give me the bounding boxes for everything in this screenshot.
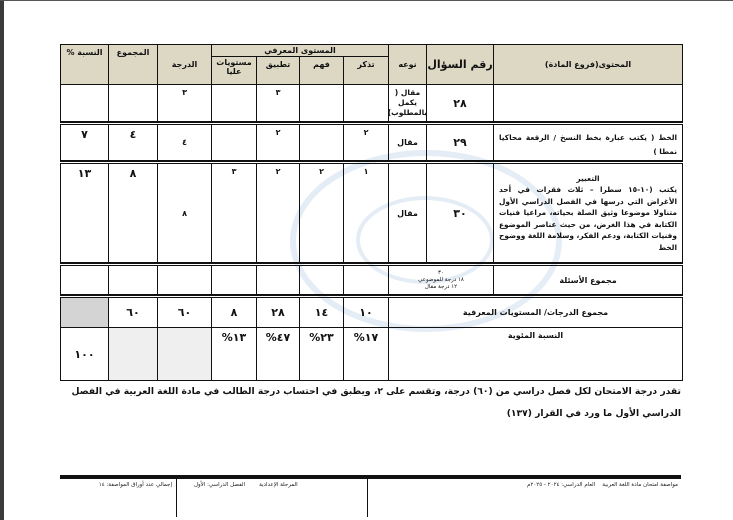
- totals-label: مجموع الدرجات/ المستويات المعرفية: [388, 297, 683, 328]
- qsum-value-total: ٣٠: [438, 270, 444, 277]
- qsum-higher-levels: [211, 265, 257, 295]
- row29-percent: ٧: [60, 124, 109, 161]
- qsum-understanding: [299, 265, 344, 295]
- footer-stage: المرحلة الإعدادية: [259, 482, 298, 488]
- row30-application: ٢: [256, 163, 300, 263]
- header-content: المحتوى(فروع المادة): [493, 44, 683, 85]
- row29-higher-levels: [211, 124, 257, 161]
- pct-grade: [157, 327, 212, 381]
- row30-content: التعبير يكتب (١٠-١٥ سطرا – ثلاث فقرات في…: [493, 163, 683, 263]
- totals-grade: ٦٠: [157, 297, 212, 328]
- row29-question-number: ٢٩: [426, 124, 494, 161]
- qsum-value-objective: ١٨ درجة للموضوعي: [418, 277, 464, 284]
- header-understanding: فهم: [299, 56, 344, 85]
- footer-academic-year: العام الدراسي: ٢٠٢٤ - ٢٠٢٥م: [527, 482, 595, 488]
- pct-percent: ١٠٠: [60, 327, 109, 381]
- totals-application: ٢٨: [256, 297, 300, 328]
- exam-grading-note: تقدر درجة الامتحان لكل فصل دراسي من (٦٠)…: [51, 381, 681, 425]
- pct-understanding: %٢٣: [299, 327, 344, 381]
- row30-understanding: ٢: [299, 163, 344, 263]
- row28-grade: ٣: [157, 84, 212, 122]
- qsum-remembering: [343, 265, 389, 295]
- header-type: نوعه: [388, 44, 427, 85]
- pct-total: [108, 327, 158, 381]
- header-question-number: رقم السؤال: [426, 44, 494, 85]
- footer-spec-title: مواصفة امتحان مادة اللغة العربية العام ا…: [527, 482, 678, 488]
- pct-higher-levels: %١٣: [211, 327, 257, 381]
- header-remembering: تذكر: [343, 56, 389, 85]
- qsum-grade: [157, 265, 212, 295]
- row30-grade: ٨: [157, 163, 212, 263]
- row30-percent: ١٣: [60, 163, 109, 263]
- row29-application: ٢: [256, 124, 300, 161]
- header-grade: الدرجة: [157, 44, 212, 85]
- qsum-value-essay: ١٢ درجة مقال: [425, 284, 457, 291]
- row28-higher-levels: [211, 84, 257, 122]
- footer-rule: [60, 475, 681, 479]
- row30-remembering: ١: [343, 163, 389, 263]
- qsum-label: مجموع الأسئلة: [493, 265, 683, 295]
- totals-remembering: ١٠: [343, 297, 389, 328]
- footer-pages: إجمالي عدد أوراق المواصفة: ١٤: [60, 482, 172, 488]
- row30-content-title: التعبير: [499, 173, 677, 185]
- row30-question-number: ٣٠: [426, 163, 494, 263]
- viewer-left-edge: [0, 0, 4, 520]
- row30-total: ٨: [108, 163, 158, 263]
- row29-understanding: [299, 124, 344, 161]
- header-higher-levels: مستويات عليا: [211, 56, 257, 85]
- row29-remembering: ٢: [343, 124, 389, 161]
- row-separator: [60, 263, 683, 264]
- pct-label: النسبة المئوية: [388, 327, 683, 381]
- footer-divider: [176, 479, 177, 517]
- totals-percent: [60, 297, 109, 328]
- row29-content: الخط ( يكتب عبارة بخط النسخ / الرقعة محا…: [493, 124, 683, 161]
- totals-higher-levels: ٨: [211, 297, 257, 328]
- row-separator: [60, 161, 683, 162]
- row28-remembering: [343, 84, 389, 122]
- pct-application: %٤٧: [256, 327, 300, 381]
- qsum-application: [256, 265, 300, 295]
- footer-spec-title-text: مواصفة امتحان مادة اللغة العربية: [602, 482, 678, 488]
- row-separator: [60, 295, 683, 296]
- header-total: المجموع: [108, 44, 158, 85]
- row28-understanding: [299, 84, 344, 122]
- pct-remembering: %١٧: [343, 327, 389, 381]
- row28-content: [493, 84, 683, 122]
- totals-understanding: ١٤: [299, 297, 344, 328]
- row28-type: مقال ( يكمل بالمطلوب): [388, 84, 427, 122]
- row-separator: [60, 122, 683, 123]
- footer-divider: [367, 479, 368, 517]
- row28-question-number: ٢٨: [426, 84, 494, 122]
- qsum-total: [108, 265, 158, 295]
- row29-total: ٤: [108, 124, 158, 161]
- row28-application: ٣: [256, 84, 300, 122]
- totals-total: ٦٠: [108, 297, 158, 328]
- header-application: تطبيق: [256, 56, 300, 85]
- header-percent: النسبة %: [60, 44, 109, 85]
- row29-grade: ٤: [157, 124, 212, 161]
- footer-term: الفصل الدراسي: الأول: [194, 482, 245, 488]
- viewer-top-edge: [0, 0, 733, 1]
- row30-higher-levels: ٣: [211, 163, 257, 263]
- footer-stage-term: المرحلة الإعدادية الفصل الدراسي: الأول: [194, 482, 298, 488]
- row30-type: مقال: [388, 163, 427, 263]
- row30-content-body: يكتب (١٠-١٥ سطرا – ثلاث فقرات في أحد الأ…: [499, 184, 677, 253]
- row28-percent: [60, 84, 109, 122]
- row29-type: مقال: [388, 124, 427, 161]
- qsum-percent: [60, 265, 109, 295]
- row28-total: [108, 84, 158, 122]
- qsum-value: ٣٠ ١٨ درجة للموضوعي ١٢ درجة مقال: [388, 265, 494, 295]
